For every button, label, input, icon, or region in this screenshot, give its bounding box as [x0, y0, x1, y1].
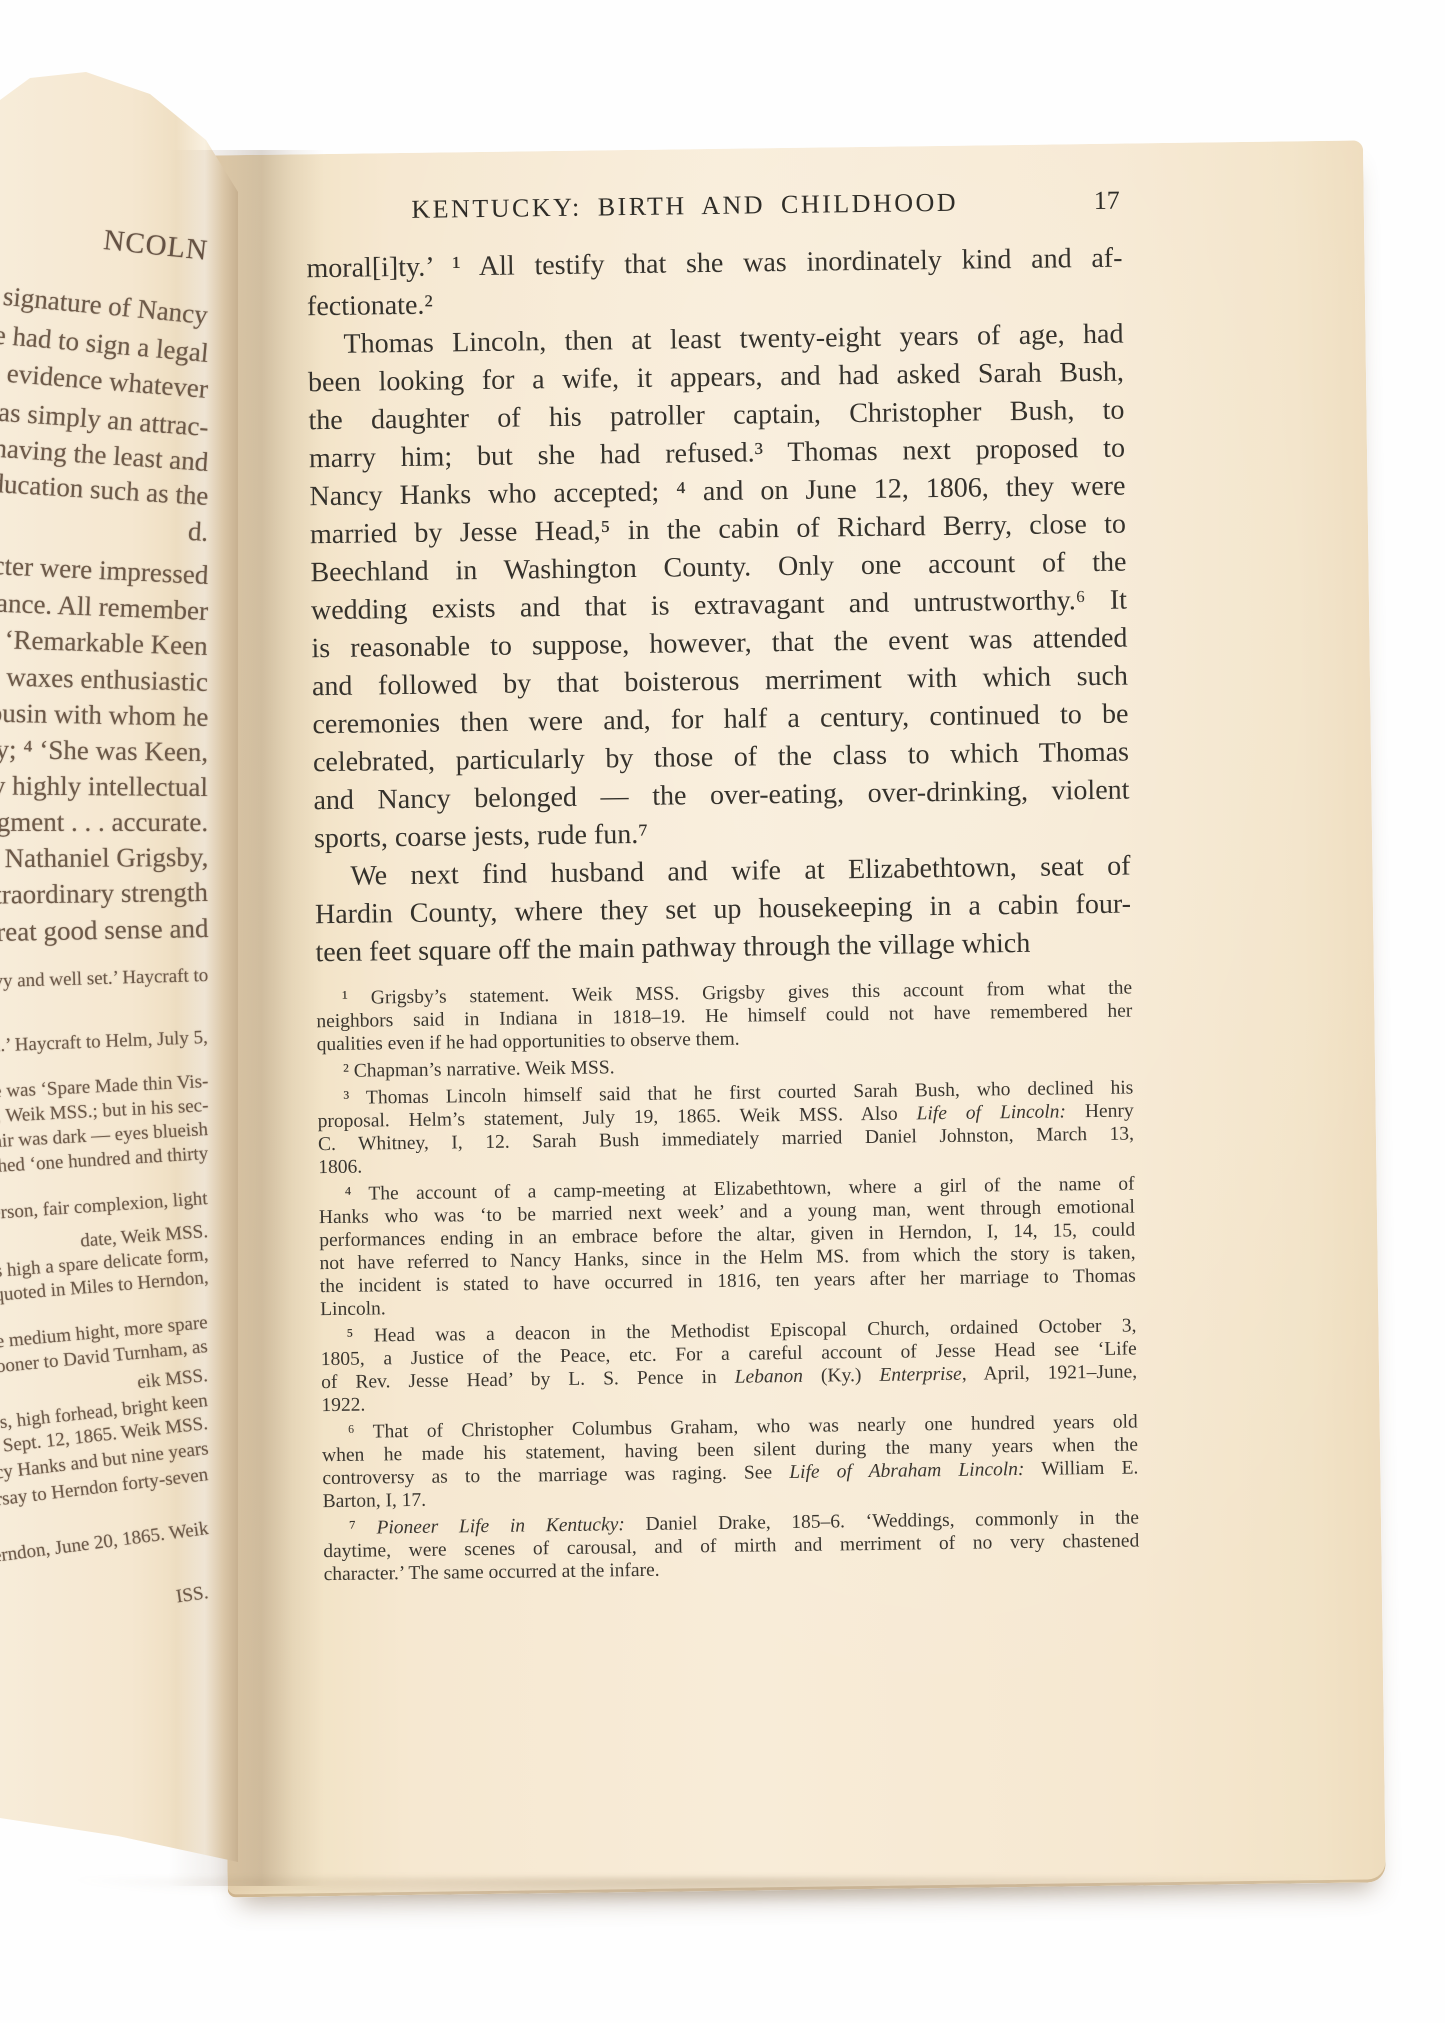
left-page-line: character were impressed	[0, 547, 209, 591]
left-page-line: anctuary; ⁴ ‘She was Keen,	[0, 733, 208, 768]
left-page-line: d.	[187, 516, 209, 548]
footnote: ¹ Grigsby’s statement. Weik MSS. Grigsby…	[316, 977, 1133, 1057]
left-page-line: NCOLN	[102, 224, 210, 268]
footnote: ⁵ Head was a deacon in the Methodist Epi…	[320, 1314, 1137, 1417]
right-page: KENTUCKY: BIRTH AND CHILDHOOD 17 moral[i…	[205, 140, 1386, 1897]
footnote: ⁴ The account of a camp-meeting at Eliza…	[319, 1173, 1137, 1322]
left-page-line: I do say highly intellectual	[0, 770, 208, 803]
left-page: NCOLNe. No signature of Nancyever she ha…	[0, 70, 238, 1862]
left-page-line: appearance. All remember	[0, 585, 209, 627]
left-page-line: ISS.	[175, 1582, 210, 1608]
book-photo: { "book_page": { "header": { "title": "K…	[0, 0, 1445, 2023]
left-page-line: heavy and well set.’ Haycraft to	[0, 965, 208, 994]
body-paragraph: moral[i]ty.’ ¹ All testify that she was …	[306, 240, 1123, 327]
left-page-line: ernal cousin with whom he	[0, 696, 208, 733]
text-block: KENTUCKY: BIRTH AND CHILDHOOD 17 moral[i…	[306, 186, 1140, 1591]
footnote: ⁶ That of Christopher Columbus Graham, w…	[322, 1410, 1139, 1513]
body-paragraph: We next find husband and wife at Elizabe…	[314, 848, 1131, 973]
left-page-line: t; had ‘Remarkable Keen	[0, 622, 209, 662]
left-page-line: eik MSS.	[136, 1365, 209, 1394]
running-head: KENTUCKY: BIRTH AND CHILDHOOD 17	[306, 186, 1122, 231]
footnote: ⁷ Pioneer Life in Kentucky: Daniel Drake…	[323, 1506, 1140, 1586]
page-title: KENTUCKY: BIRTH AND CHILDHOOD	[306, 186, 1064, 226]
body-paragraph: Thomas Lincoln, then at least twenty-eig…	[307, 316, 1130, 859]
page-number: 17	[1094, 186, 1120, 216]
left-page-line: Dennis waxes enthusiastic	[0, 659, 208, 698]
left-page-line: ned.’ ⁵ Nathaniel Grigsby,	[0, 842, 208, 875]
left-page-line: ner judgment . . . accurate.	[0, 807, 208, 838]
footnotes-section: ¹ Grigsby’s statement. Weik MSS. Grigsby…	[316, 977, 1140, 1587]
footnote: ³ Thomas Lincoln himself said that he fi…	[317, 1077, 1134, 1180]
left-page-line: oman.’ Haycraft to Helm, July 5,	[0, 1027, 208, 1059]
left-page-line: the extraordinary strength	[0, 877, 208, 911]
left-page-line: to Herndon, June 20, 1865. Weik	[0, 1518, 209, 1572]
body-text: moral[i]ty.’ ¹ All testify that she was …	[306, 240, 1131, 973]
left-page-line: . of great good sense and	[0, 913, 208, 949]
